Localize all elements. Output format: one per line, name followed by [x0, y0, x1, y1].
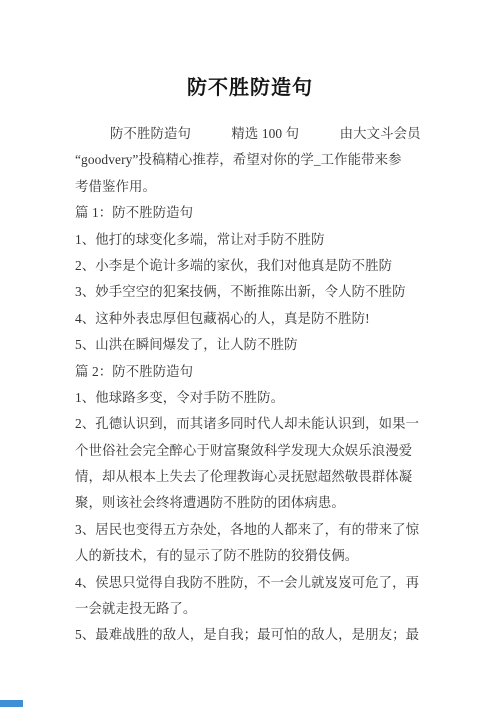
text-line: 4、这种外表忠厚但包藏祸心的人，真是防不胜防!: [75, 306, 425, 332]
text-line: 2、小李是个诡计多端的家伙，我们对他真是防不胜防: [75, 253, 425, 279]
text-line: 考借鉴作用。: [75, 174, 425, 200]
document-title: 防不胜防造句: [0, 0, 500, 100]
text-line: 1、他打的球变化多端，常让对手防不胜防: [75, 227, 425, 253]
text-line: 3、妙手空空的犯案技俩，不断推陈出新，令人防不胜防: [75, 279, 425, 305]
text-line: 聚，则该社会终将遭遇防不胜防的团体病患。: [75, 490, 425, 516]
text-line: 1、他球路多变，令对手防不胜防。: [75, 385, 425, 411]
text-line: 人的新技术，有的显示了防不胜防的狡猾伎俩。: [75, 543, 425, 569]
corner-marker: [0, 700, 23, 707]
text-line: 5、最难战胜的敌人，是自我；最可怕的敌人，是朋友；最: [75, 622, 425, 648]
text-line: 3、居民也变得五方杂处，各地的人都来了，有的带来了惊: [75, 517, 425, 543]
text-line: 个世俗社会完全醉心于财富聚敛科学发现大众娱乐浪漫爱: [75, 438, 425, 464]
document-page: 防不胜防造句 防不胜防造句 精选 100 句 由大文斗会员“goodvery”投…: [0, 0, 500, 708]
text-line: 4、侯思只觉得自我防不胜防，不一会儿就岌岌可危了，再: [75, 570, 425, 596]
text-line: 篇 2：防不胜防造句: [75, 359, 425, 385]
text-line: 2、孔德认识到，而其诸多同时代人却未能认识到，如果一: [75, 411, 425, 437]
text-line: 一会就走投无路了。: [75, 596, 425, 622]
document-body: 防不胜防造句 精选 100 句 由大文斗会员“goodvery”投稿精心推荐，希…: [0, 121, 500, 649]
text-line: “goodvery”投稿精心推荐，希望对你的学_工作能带来参: [75, 147, 425, 173]
text-line: 5、山洪在瞬间爆发了，让人防不胜防: [75, 332, 425, 358]
text-line: 情，却从根本上失去了伦理教诲心灵抚慰超然敬畏群体凝: [75, 464, 425, 490]
text-line: 篇 1：防不胜防造句: [75, 200, 425, 226]
text-line: 防不胜防造句 精选 100 句 由大文斗会员: [75, 121, 425, 147]
